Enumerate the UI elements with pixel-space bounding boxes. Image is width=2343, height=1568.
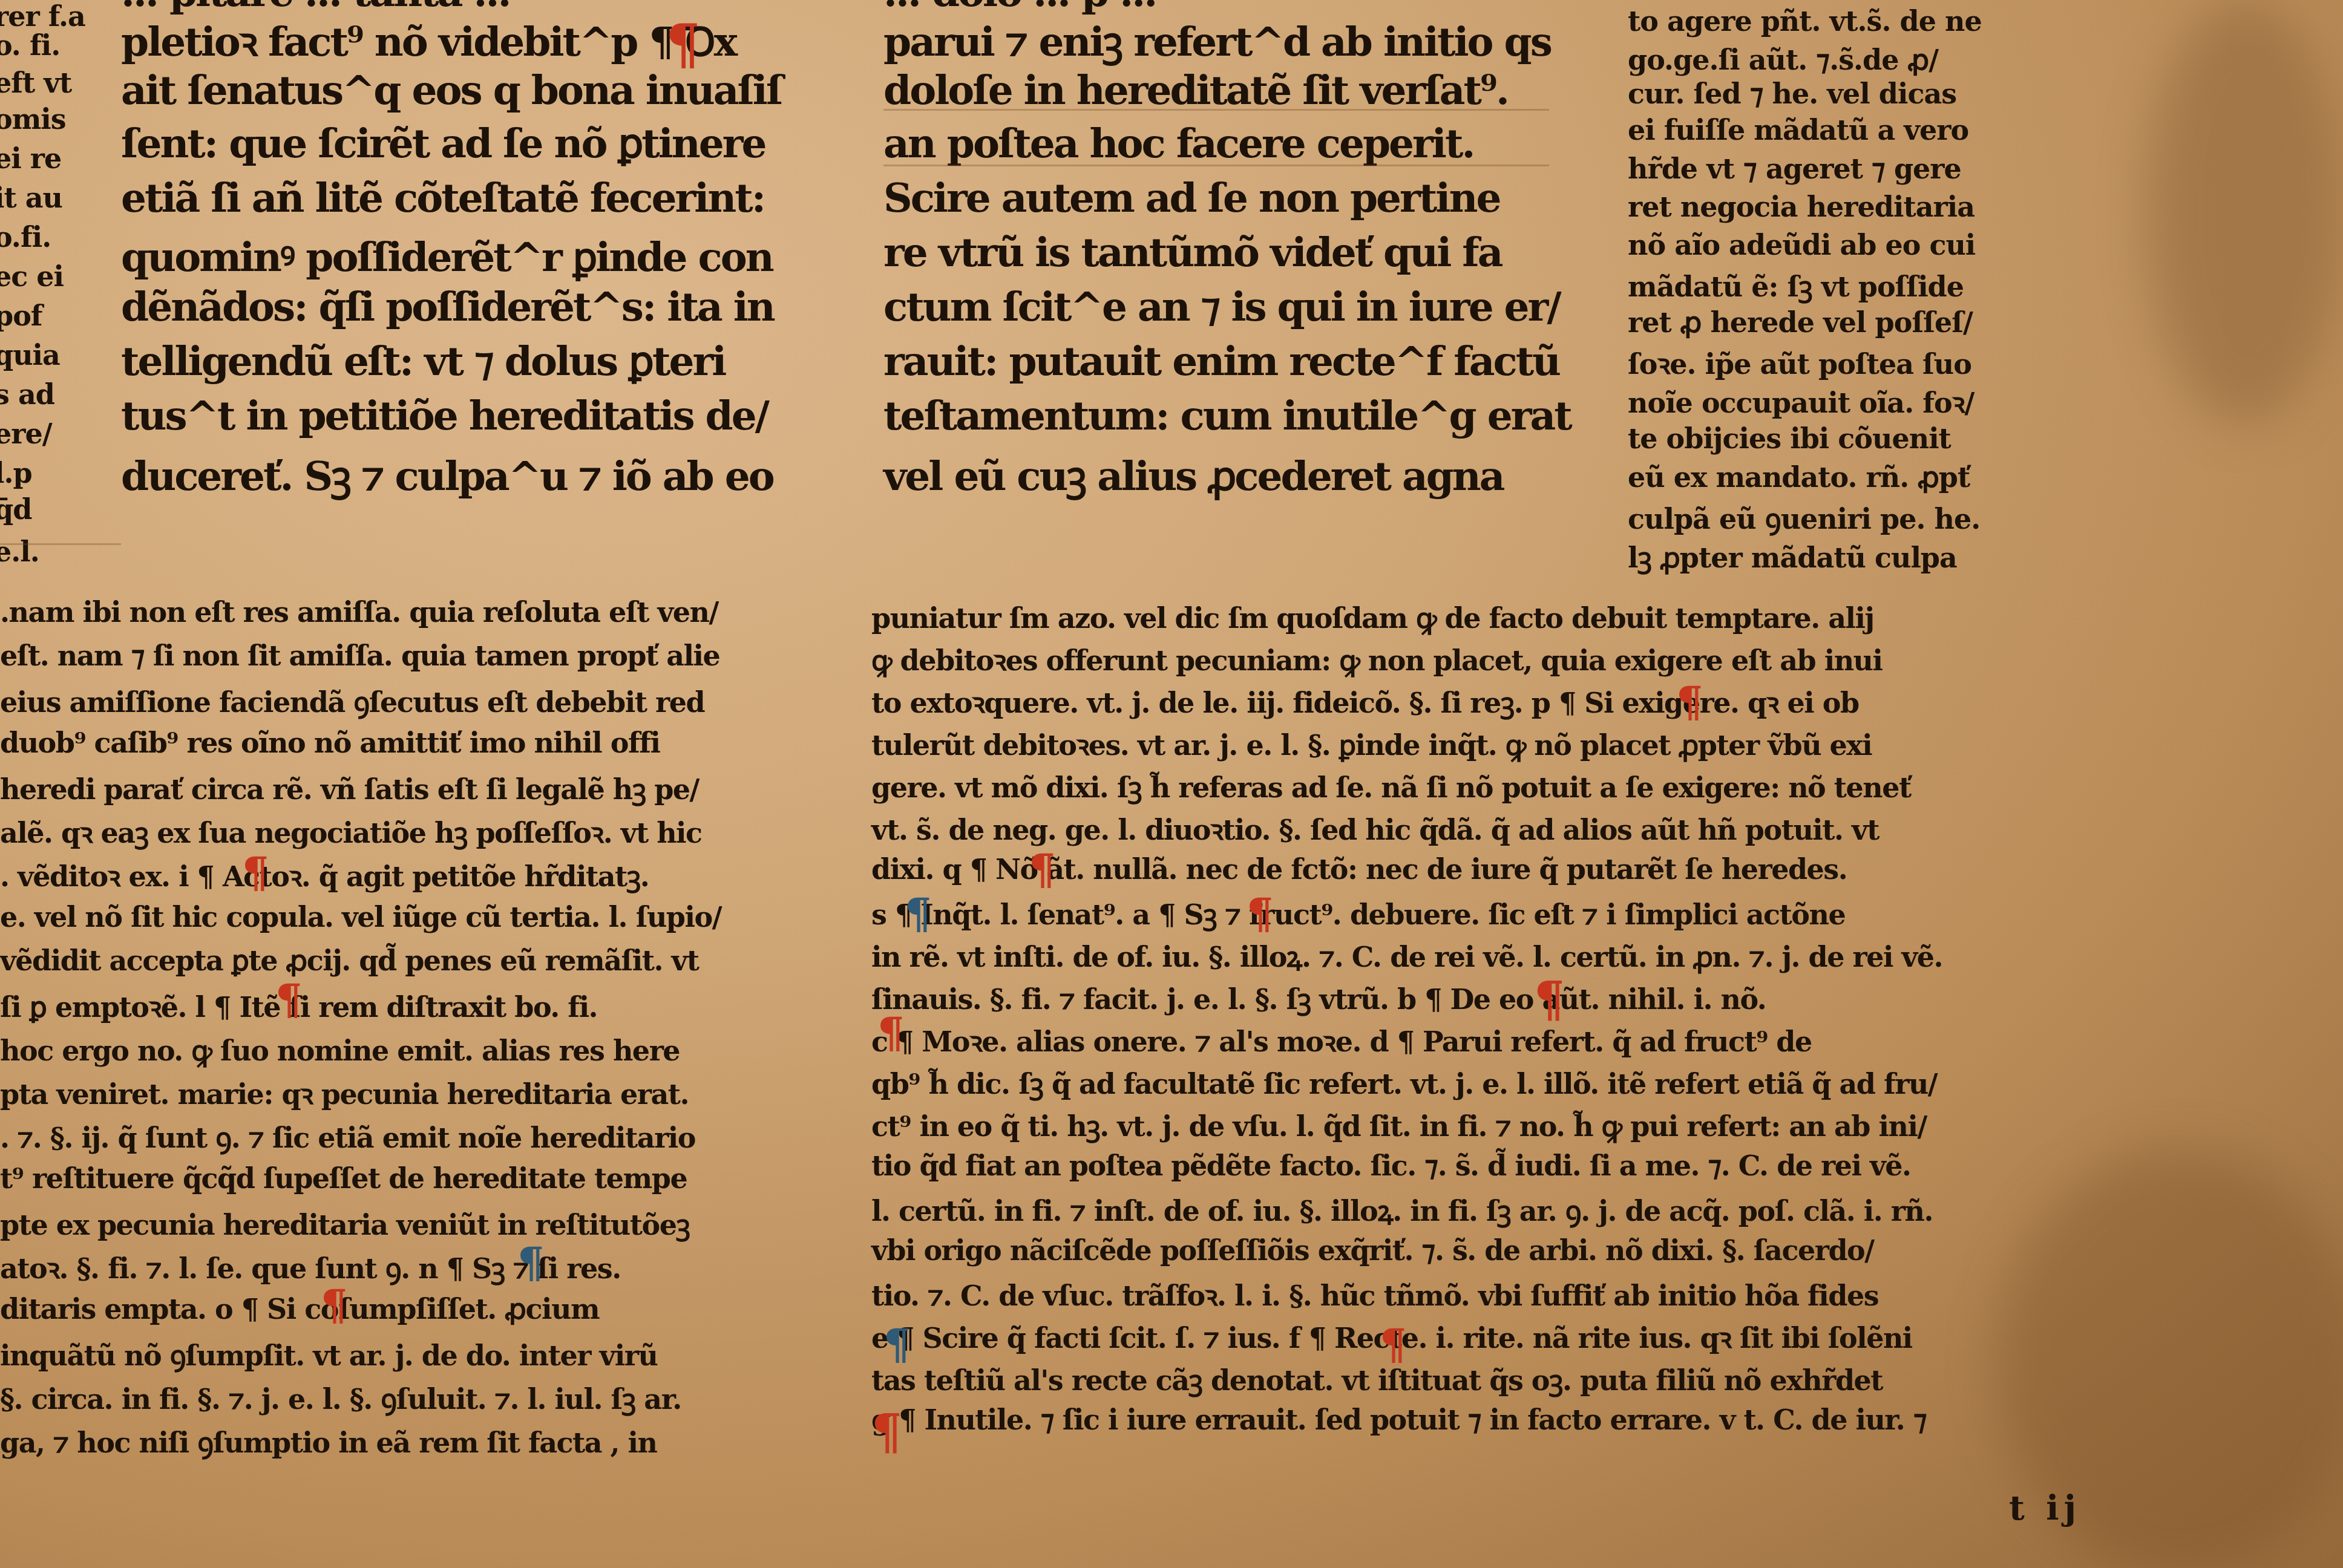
margin-line: o.fi.: [0, 221, 51, 253]
main-line: etiã ſi añ litẽ cõteſtatẽ fecerint:: [121, 174, 764, 221]
lower-gloss-left: .nam ibi non eſt res amiſſa. quia reſolu…: [0, 596, 859, 1473]
gloss-line: te obijcies ibi cõuenit: [1628, 422, 1951, 455]
red-paragraph-mark: ¶: [1534, 971, 1565, 1028]
margin-line: ei re: [0, 142, 61, 175]
main-line: rauit: putauit enim recte^f factũ: [883, 338, 1559, 385]
red-paragraph-mark: ¶: [1380, 1319, 1407, 1369]
gloss-line: to extoꝛquere. vt. j. de le. iij. fideic…: [871, 684, 1859, 721]
margin-line: s ad: [0, 378, 54, 411]
margin-line: omis: [0, 103, 66, 136]
main-line: ducereť. Sꝫ ⁊ culpa^u ⁊ iõ ab eo: [121, 448, 773, 502]
red-paragraph-mark: ¶: [877, 1007, 905, 1057]
main-line: vel eũ cuꝫ alius ꝓcederet agna: [883, 448, 1504, 502]
gloss-line: puniatur ſm azo. vel dic ſm quoſdam ꝙ de…: [871, 599, 1874, 636]
ruling-line: [883, 109, 1549, 111]
gloss-line: ꝙ debitoꝛes offerunt pecuniam: ꝙ non pla…: [871, 641, 1883, 679]
gloss-line: vbi origo nãciſcẽde poſſeſſiõis exq̃riť.…: [871, 1234, 1874, 1267]
gloss-line: cur. ſed ⁊ he. vel dicas: [1628, 77, 1956, 110]
red-paragraph-mark: ¶: [1029, 844, 1056, 894]
gloss-line: .nam ibi non eſt res amiſſa. quia reſolu…: [0, 596, 718, 629]
gloss-line: heredi parať circa rẽ. vñ ſatis eſt ſi l…: [0, 770, 699, 808]
gloss-line: dixi. q ¶ Nõ ãt. nullã. nec de fctõ: nec…: [871, 853, 1847, 886]
gloss-line: lꝫ ꝓpter mãdatũ culpa: [1628, 538, 1957, 576]
gloss-line: pte ex pecunia hereditaria veniũt in reſ…: [0, 1206, 689, 1243]
main-line: an poſtea hoc facere ceperit.: [883, 120, 1473, 167]
red-paragraph-mark: ¶: [275, 974, 303, 1024]
gloss-line: mãdatũ ẽ: ſꝫ vt poſſide: [1628, 267, 1964, 305]
margin-line: l.p: [0, 457, 32, 489]
main-line: ſent: que ſcirẽt ad ſe nõ ꝑtinere: [121, 120, 765, 167]
red-paragraph-mark: ¶: [666, 12, 700, 76]
gloss-line: g ¶ Inutile. ⁊ ſic i iure errauit. ſed p…: [871, 1403, 1926, 1436]
gloss-line: ditaris empta. o ¶ Si cõſumpſiſſet. ꝓciu…: [0, 1293, 599, 1325]
gloss-line: in rẽ. vt inſti. de of. iu. §. illoꝝ. ⁊.…: [871, 938, 1942, 975]
gloss-line: §. circa. in fi. §. ⁊. j. e. l. §. ꝯſulu…: [0, 1380, 681, 1417]
main-line: pletioꝛ fact⁹ nõ videbit^p ¶ Ꝺx: [121, 13, 736, 68]
margin-line: q̄d: [0, 493, 31, 526]
gloss-line: s ¶ Inq̃t. l. ſenat⁹. a ¶ Sꝫ ⁊ fruct⁹. d…: [871, 895, 1845, 933]
margin-line: eft vt: [0, 67, 71, 99]
gloss-line: ga, ⁊ hoc niſi ꝯſumptio in eã rem ſit fa…: [0, 1423, 657, 1461]
ruling-line: [0, 543, 121, 545]
gloss-line: ret ꝓ herede vel poſſeſ/: [1628, 306, 1973, 339]
signature-mark: t ij: [2009, 1488, 2081, 1528]
gloss-line: . ⁊. §. ij. q̃ ſunt ꝯ. ⁊ ſic etiã emit n…: [0, 1119, 695, 1156]
gloss-line: ct⁹ in eo q̃ ti. hꝫ. vt. j. de vſu. l. q…: [871, 1107, 1927, 1145]
main-line: tus^t in petitiõe hereditatis de/: [121, 392, 768, 439]
gloss-line: tas teſtiũ al's recte cãꝫ denotat. vt iſ…: [871, 1361, 1883, 1399]
margin-line: ec ei: [0, 260, 64, 293]
gloss-line: e. vel nõ ſit hic copula. vel iũge cũ te…: [0, 901, 721, 933]
gloss-line: go.ge.ſi aũt. ⁊.s̃.de ꝓ/: [1628, 44, 1938, 76]
gloss-line: noĩe occupauit oĩa. foꝛ/: [1628, 384, 1974, 421]
ruling-line: [883, 165, 1549, 166]
main-line: doloſe in hereditatẽ ſit verſat⁹.: [883, 67, 1508, 114]
gloss-line: ſinauis. §. fi. ⁊ facit. j. e. l. §. ſꝫ …: [871, 980, 1766, 1018]
margin-line: e.l.: [0, 535, 39, 568]
left-margin-gloss-fragment: rer f.a o. fi. eft vt omis ei re it au o…: [0, 0, 121, 593]
red-paragraph-mark: ¶: [321, 1279, 348, 1330]
gloss-line: ret negocia hereditaria: [1628, 191, 1974, 223]
blue-paragraph-mark: ¶: [905, 888, 932, 938]
margin-line: pof: [0, 299, 42, 332]
blue-paragraph-mark: ¶: [517, 1237, 545, 1287]
red-paragraph-mark: ¶: [871, 1403, 902, 1460]
gloss-line: tulerũt debitoꝛes. vt ar. j. e. l. §. ꝑi…: [871, 726, 1872, 763]
right-margin-gloss: to agere pñt. vt.s̃. de ne go.ge.ſi aũt.…: [1628, 0, 2063, 599]
gloss-line: ei fuiſſe mãdatũ a vero: [1628, 114, 1968, 146]
margin-line: rer f.a: [0, 0, 85, 33]
main-line: Scire autem ad ſe non pertine: [883, 174, 1499, 221]
gloss-line: gere. vt mõ dixi. ſꝫ h̃ referas ad ſe. n…: [871, 768, 1911, 806]
gloss-line: c ¶ Moꝛe. alias onere. ⁊ al's moꝛe. d ¶ …: [871, 1022, 1812, 1060]
gloss-line: l. certũ. in fi. ⁊ inſt. de of. iu. §. i…: [871, 1192, 1933, 1229]
gloss-line: vẽdidit accepta ꝑte ꝓcij. qd̃ penes eũ r…: [0, 944, 698, 977]
gloss-line: hoc ergo no. ꝙ ſuo nomine emit. alias re…: [0, 1031, 680, 1069]
gloss-line: tio. ⁊. C. de vſuc. trãſfoꝛ. l. i. §. hũ…: [871, 1276, 1878, 1314]
main-line: dẽnãdos: q̃ſi poſſiderẽt^s: ita in: [121, 283, 774, 330]
margin-line: it au: [0, 181, 62, 214]
gloss-line: inquãtũ nõ ꝯſumpſit. vt ar. j. de do. in…: [0, 1336, 657, 1374]
gloss-line: qb⁹ h̃ dic. ſꝫ q̃ ad facultatẽ ſic refer…: [871, 1065, 1937, 1102]
margin-line: ere/: [0, 417, 52, 450]
main-line: ctum ſcit^e an ⁊ is qui in iure er/: [883, 283, 1559, 330]
gloss-line: duob⁹ caſib⁹ res oĩno nõ amittiť imo nih…: [0, 727, 660, 759]
red-paragraph-mark: ¶: [1247, 888, 1274, 938]
margin-line: quia: [0, 339, 60, 371]
gloss-line: alẽ. qꝛ eaꝫ ex ſua negociatiõe hꝫ poſſeſ…: [0, 814, 702, 851]
lower-gloss-right: puniatur ſm azo. vel dic ſm quoſdam ꝙ de…: [871, 599, 2106, 1494]
gloss-line: eũ ex mandato. rñ. ꝓpť: [1628, 461, 1970, 494]
gloss-line: to agere pñt. vt.s̃. de ne: [1628, 5, 1982, 38]
gloss-line: nõ aĩo adeũdi ab eo cui: [1628, 229, 1975, 261]
margin-line: o. fi.: [0, 29, 60, 62]
gloss-line: . vẽditoꝛ ex. i ¶ Actoꝛ. q̃ agit petitõe…: [0, 857, 649, 895]
red-paragraph-mark: ¶: [242, 847, 269, 897]
main-text-right-column: ... dolo ... p ... parui ⁊ eniꝫ refert^d…: [883, 0, 1585, 544]
main-line: quominꝰ poſſiderẽt^r ꝑinde con: [121, 229, 773, 283]
main-text-left-column: ... pitare ... tanta ... pletioꝛ fact⁹ n…: [121, 0, 823, 544]
gloss-line: eſt. nam ⁊ ſi non ſit amiſſa. quia tamen…: [0, 639, 719, 672]
gloss-line: eius amiſſione faciendã ꝯſecutus eſt deb…: [0, 683, 704, 720]
main-line: teſtamentum: cum inutile^g erat: [883, 392, 1571, 439]
blue-paragraph-mark: ¶: [883, 1319, 911, 1369]
manuscript-page: rer f.a o. fi. eft vt omis ei re it au o…: [0, 0, 2343, 1568]
gloss-line: culpã eũ ꝯueniri pe. he.: [1628, 500, 1980, 537]
gloss-line: pta veniret. marie: qꝛ pecunia hereditar…: [0, 1075, 689, 1112]
gloss-line: ſoꝛe. ip̃e aũt poſtea ſuo: [1628, 345, 1971, 382]
main-line: re vtrũ is tantũmõ videť qui fa: [883, 229, 1501, 276]
paper-stain-top-right: [2148, 0, 2342, 423]
main-line: parui ⁊ eniꝫ refert^d ab initio qs: [883, 13, 1551, 68]
red-paragraph-mark: ¶: [1676, 676, 1703, 727]
gloss-line: tio q̃d fiat an poſtea pẽdẽte facto. ſic…: [871, 1149, 1911, 1182]
gloss-line: hr̃de vt ⁊ ageret ⁊ gere: [1628, 152, 1961, 185]
gloss-line: vt. s̃. de neg. ge. l. diuoꝛtio. §. ſed …: [871, 811, 1879, 848]
gloss-line: t⁹ reſtituere q̃cq̃d ſupeſſet de heredit…: [0, 1162, 687, 1195]
main-line: telligendũ eſt: vt ⁊ dolus ꝑteri: [121, 338, 725, 385]
